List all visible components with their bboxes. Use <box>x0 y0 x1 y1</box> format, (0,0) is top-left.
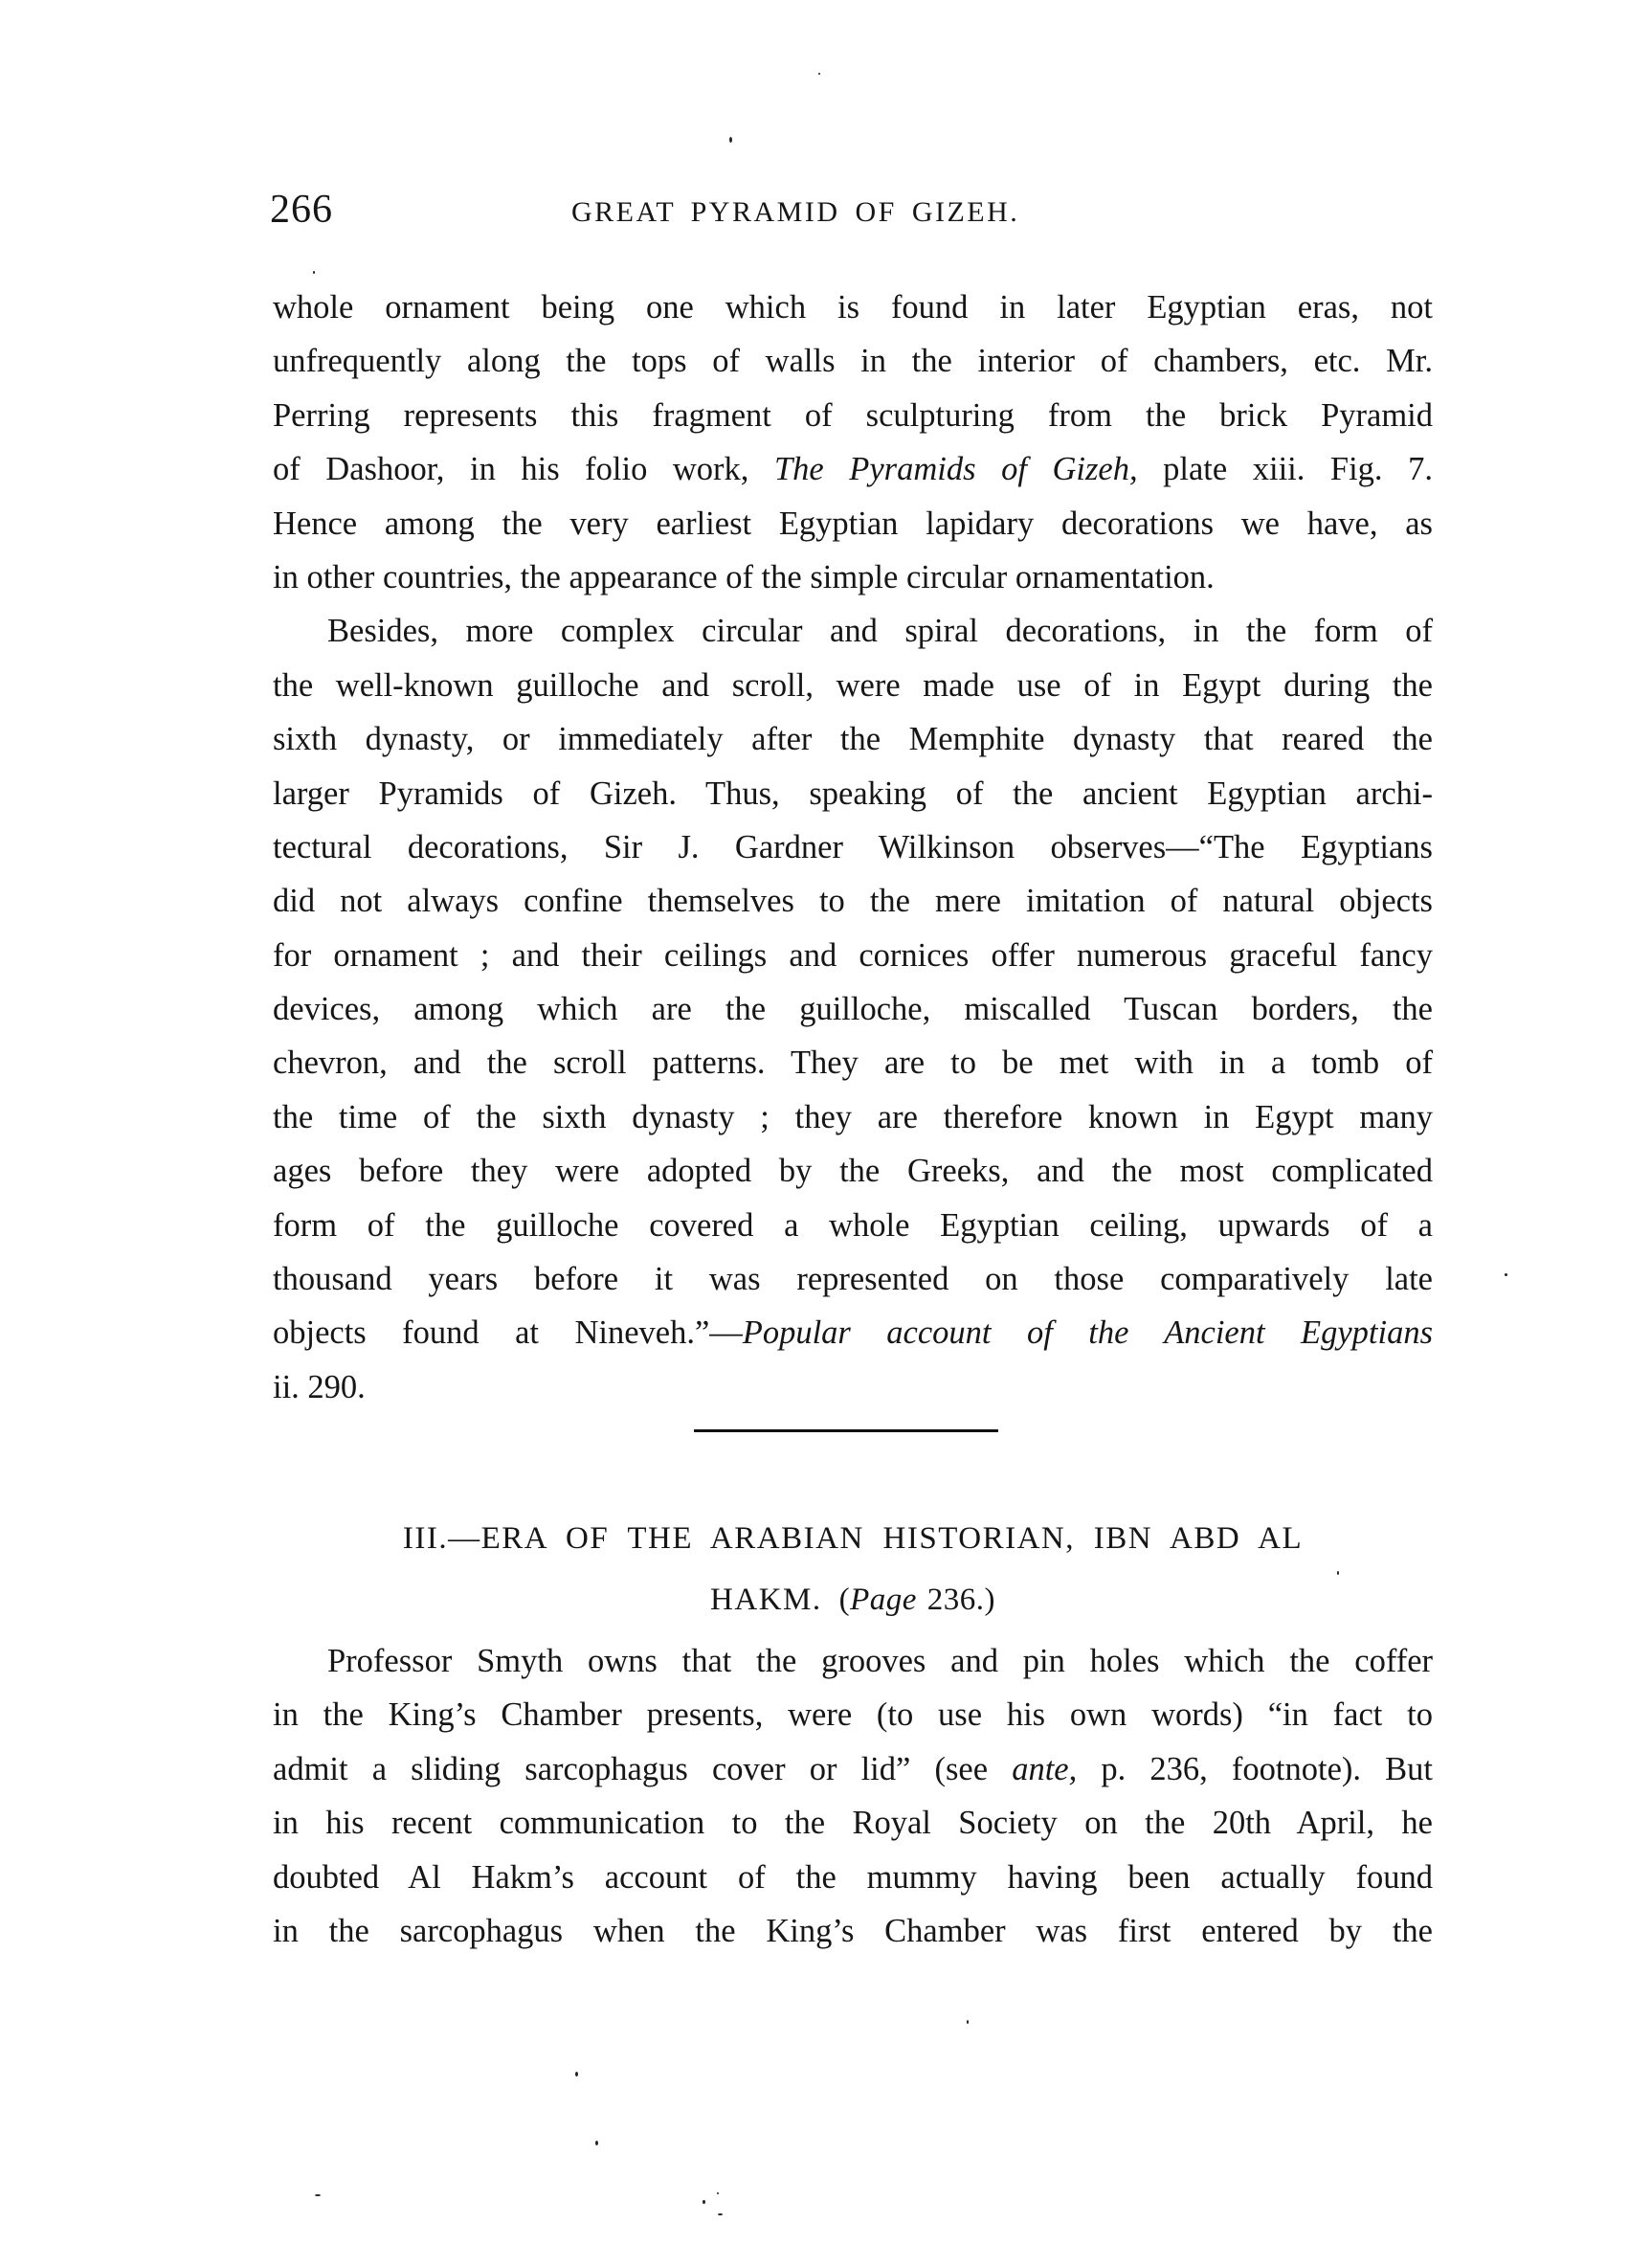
text-line: for ornament ; and their ceilings and co… <box>273 929 1433 982</box>
section-heading-line-1: III.—ERA OF THE ARABIAN HISTORIAN, IBN A… <box>273 1508 1433 1569</box>
text-line: the well-known guilloche and scroll, wer… <box>273 659 1433 712</box>
text-line: Besides, more complex circular and spira… <box>273 604 1433 658</box>
scan-speck <box>729 137 732 143</box>
text-fragment: p. 236, footnote). But <box>1077 1751 1433 1787</box>
text-line: thousand years before it was represented… <box>273 1252 1433 1306</box>
scan-speck <box>575 2072 578 2077</box>
text-fragment: admit a sliding sarcophagus cover or lid… <box>273 1751 1012 1787</box>
text-line: unfrequently along the tops of walls in … <box>273 334 1433 388</box>
text-fragment: plate xiii. Fig. 7. <box>1138 451 1433 487</box>
text-line: Hence among the very earliest Egyptian l… <box>273 497 1433 550</box>
body-text-upper: whole ornament being one which is found … <box>273 281 1433 1414</box>
page-reference: (Page 236.) <box>839 1583 995 1617</box>
text-line: Professor Smyth owns that the grooves an… <box>273 1634 1433 1688</box>
text-line: devices, among which are the guilloche, … <box>273 982 1433 1036</box>
text-line: form of the guilloche covered a whole Eg… <box>273 1199 1433 1252</box>
scan-speck <box>717 2192 719 2194</box>
text-line: tectural decorations, Sir J. Gardner Wil… <box>273 820 1433 874</box>
text-line: admit a sliding sarcophagus cover or lid… <box>273 1742 1433 1796</box>
running-head: 266 GREAT PYRAMID OF GIZEH. <box>270 188 1433 232</box>
text-fragment: of Dashoor, in his folio work, <box>273 451 774 487</box>
section-divider <box>694 1429 998 1432</box>
scan-speck <box>313 271 315 274</box>
page-number: 266 <box>270 188 333 232</box>
body-text-lower: Professor Smyth owns that the grooves an… <box>273 1634 1433 1958</box>
scan-speck <box>718 2213 723 2215</box>
scan-speck <box>595 2141 598 2145</box>
paragraph-continuation: whole ornament being one which is found … <box>273 281 1433 604</box>
text-line: Perring represents this fragment of scul… <box>273 389 1433 442</box>
running-title: GREAT PYRAMID OF GIZEH. <box>571 193 1019 232</box>
section-heading: III.—ERA OF THE ARABIAN HISTORIAN, IBN A… <box>273 1508 1433 1630</box>
text-line: chevron, and the scroll patterns. They a… <box>273 1036 1433 1089</box>
book-title-italic: The Pyramids of Gizeh, <box>774 451 1138 487</box>
scan-speck <box>1505 1273 1507 1276</box>
text-line: in the King’s Chamber presents, were (to… <box>273 1688 1433 1741</box>
citation-reference: ii. 290. <box>273 1360 1433 1414</box>
ante-italic: ante, <box>1012 1751 1077 1787</box>
text-line: the time of the sixth dynasty ; they are… <box>273 1090 1433 1144</box>
text-line: in other countries, the appearance of th… <box>273 550 1433 604</box>
text-line: larger Pyramids of Gizeh. Thus, speaking… <box>273 767 1433 820</box>
page-ref-paren: ( <box>839 1583 851 1617</box>
text-line: did not always confine themselves to the… <box>273 874 1433 928</box>
section-heading-name: HAKM. <box>710 1583 822 1617</box>
paragraph-professor-smyth: Professor Smyth owns that the grooves an… <box>273 1634 1433 1958</box>
citation-italic: Popular account of the Ancient Egyptians <box>743 1314 1433 1351</box>
book-page: 266 GREAT PYRAMID OF GIZEH. whole orname… <box>0 0 1651 2268</box>
scan-speck <box>1337 1571 1339 1575</box>
scan-speck <box>315 2194 321 2196</box>
text-line: of Dashoor, in his folio work, The Pyram… <box>273 442 1433 496</box>
text-line: objects found at Nineveh.”—Popular accou… <box>273 1306 1433 1359</box>
page-ref-number: 236.) <box>917 1583 995 1617</box>
scan-speck <box>818 73 820 75</box>
text-fragment: objects found at Nineveh.”— <box>273 1314 743 1351</box>
text-line: whole ornament being one which is found … <box>273 281 1433 334</box>
paragraph-besides: Besides, more complex circular and spira… <box>273 604 1433 1414</box>
text-line: in the sarcophagus when the King’s Chamb… <box>273 1904 1433 1958</box>
text-line: sixth dynasty, or immediately after the … <box>273 712 1433 766</box>
text-line: in his recent communication to the Royal… <box>273 1796 1433 1850</box>
text-line: doubted Al Hakm’s account of the mummy h… <box>273 1851 1433 1904</box>
scan-speck <box>703 2200 705 2204</box>
text-line: ages before they were adopted by the Gre… <box>273 1144 1433 1198</box>
scan-speck <box>967 2020 969 2024</box>
page-ref-label: Page <box>850 1583 917 1617</box>
section-heading-line-2: HAKM.(Page 236.) <box>273 1569 1433 1630</box>
